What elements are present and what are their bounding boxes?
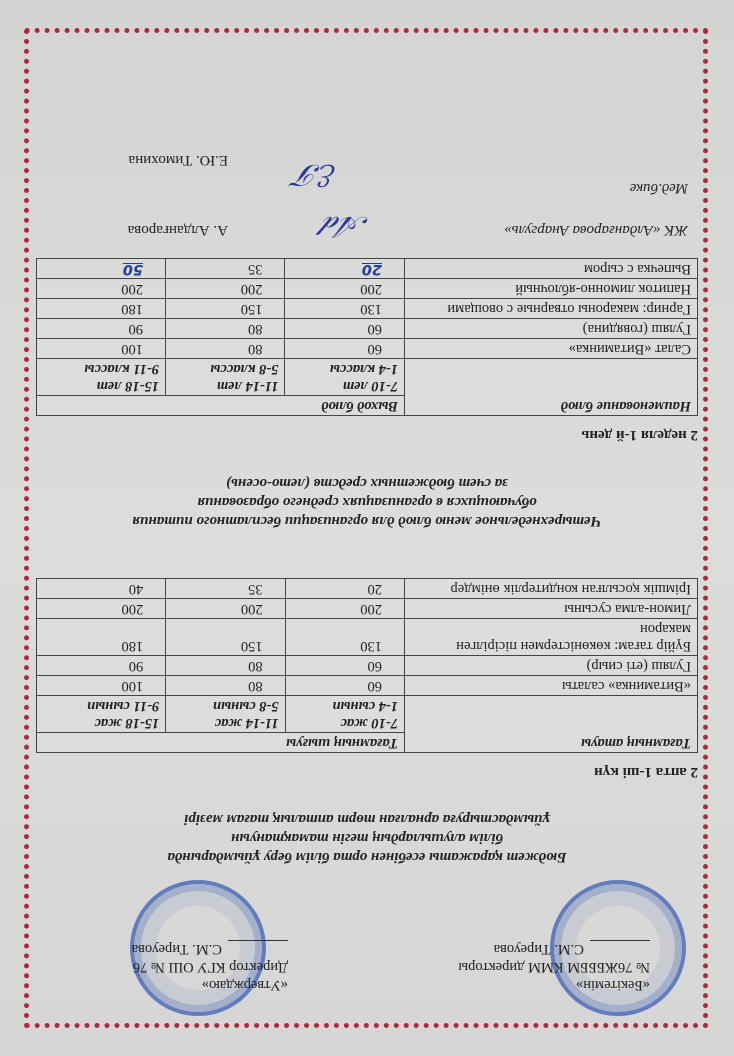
title-line: Четырехнедельное меню блюд для организац… <box>36 511 698 530</box>
dish-name: Лимон-алма сусыны <box>405 598 698 618</box>
dish-output-value: 90 <box>37 655 166 675</box>
dish-name: Гарнир: макароны отварные с овощами <box>405 299 698 319</box>
supplier-org: ЖК «Алданғарова Анаргуль» <box>504 222 688 239</box>
dish-name: «Витаминка» салаты <box>405 675 698 695</box>
approval-signature-line: С.М. Тиреуова <box>458 940 650 958</box>
dish-output-value: 60 <box>285 655 404 675</box>
approval-signature-line: С.М. Тиреуова <box>132 940 288 958</box>
approval-name: С.М. Тиреуова <box>494 941 584 957</box>
dish-output-value: 60 <box>285 319 405 339</box>
table-row: Напиток лимонно-яблочный200200200 <box>37 279 698 299</box>
dish-output-value: 200 <box>37 279 166 299</box>
table-row: Ірімшік қосылған кондитерлік өнімдер2035… <box>37 578 698 598</box>
approval-kazakh: «Бекітемін» № 76ЖБББМ КММ директоры С.М.… <box>458 940 650 994</box>
dish-output-value: 180 <box>37 299 166 319</box>
nurse-role: Мед.бике <box>630 180 688 197</box>
title-line: білім алушылардың тегін тамақтануын <box>36 829 698 848</box>
approval-name: С.М. Тиреуова <box>132 941 222 957</box>
russian-menu-table: Наименование блюд Выход блюд 7-10 лет1-4… <box>36 259 698 417</box>
kazakh-menu-title: Бюджет қаражаты есебінен орта білім беру… <box>36 810 698 866</box>
header-dish-name: Тағамның атауы <box>405 695 698 752</box>
title-line: Бюджет қаражаты есебінен орта білім беру… <box>36 847 698 866</box>
approval-label: «Утверждаю» <box>132 976 288 994</box>
dish-output-value: 100 <box>37 339 166 359</box>
dish-output-value: 80 <box>166 655 285 675</box>
dish-output-value: 60 <box>285 675 404 695</box>
approval-label: «Бекітемін» <box>458 976 650 994</box>
table-row: Лимон-алма сусыны200200200 <box>37 598 698 618</box>
dish-name: Ірімшік қосылған кондитерлік өнімдер <box>405 578 698 598</box>
approval-position: Директор КГУ ОШ № 76 <box>132 958 288 976</box>
table-row: Выпечка с сыром203550 <box>37 259 698 279</box>
title-line: ұйымдастыруға арналған төрт апталық таға… <box>36 810 698 829</box>
dish-output-value: 200 <box>37 598 166 618</box>
dish-output-value: 150 <box>166 299 286 319</box>
approval-org: № 76ЖБББМ КММ директоры <box>458 958 650 976</box>
dish-name: Гуляш (говядина) <box>405 319 698 339</box>
table-row: «Витаминка» салаты6080100 <box>37 675 698 695</box>
dish-output-value: 200 <box>166 598 285 618</box>
dish-name: Бүйір тағам: көкөністермен пісірілген ма… <box>405 618 698 655</box>
header-dish-output: Выход блюд <box>37 396 405 416</box>
header-dish-name: Наименование блюд <box>405 359 698 416</box>
dish-name: Выпечка с сыром <box>405 259 698 279</box>
table-row: Гарнир: макароны отварные с овощами13015… <box>37 299 698 319</box>
approval-russian: «Утверждаю» Директор КГУ ОШ № 76 С.М. Ти… <box>132 940 288 994</box>
header-age-group: 11-14 жас5-8 сынып <box>166 695 285 732</box>
header-age-group: 7-10 лет1-4 классы <box>285 359 405 396</box>
table-row: Гуляш (говядина)608090 <box>37 319 698 339</box>
kazakh-menu-table: Тағамның атауы Тағамның шығуы 7-10 жас1-… <box>36 578 698 753</box>
title-line: обучающихся в организациях среднего обра… <box>36 492 698 511</box>
header-age-group: 15-18 лет9-11 классы <box>37 359 166 396</box>
header-age-group: 15-18 жас9-11 сынып <box>37 695 166 732</box>
signature-icon: 𝒜𝒹 <box>324 210 368 245</box>
header-dish-output: Тағамның шығуы <box>37 732 405 752</box>
dish-output-value: 130 <box>285 299 405 319</box>
dish-output-value: 80 <box>166 319 286 339</box>
kazakh-day-header: 2 апта 1-ші күн <box>36 763 698 780</box>
approval-block: «Бекітемін» № 76ЖБББМ КММ директоры С.М.… <box>36 866 698 1016</box>
title-line: за счет бюджетных средств (лето-осень) <box>36 474 698 493</box>
header-age-group: 11-14 лет5-8 классы <box>166 359 286 396</box>
dish-output-value: 90 <box>37 319 166 339</box>
dish-name: Салат «Витаминка» <box>405 339 698 359</box>
dish-output-value: 180 <box>37 618 166 655</box>
signature-icon: ℰ𝒯 <box>297 158 338 193</box>
dish-name: Напиток лимонно-яблочный <box>405 279 698 299</box>
russian-menu-title: Четырехнедельное меню блюд для организац… <box>36 474 698 530</box>
dish-output-value: 200 <box>166 279 286 299</box>
table-row: Бүйір тағам: көкөністермен пісірілген ма… <box>37 618 698 655</box>
dish-output-value: 50 <box>37 259 166 279</box>
dish-output-value: 20 <box>285 578 404 598</box>
dish-output-value: 35 <box>166 259 286 279</box>
dish-output-value: 200 <box>285 598 404 618</box>
document-sheet: «Бекітемін» № 76ЖБББМ КММ директоры С.М.… <box>0 0 734 1056</box>
table-row: Гуляш (еті сиыр)608090 <box>37 655 698 675</box>
dish-output-value: 35 <box>166 578 285 598</box>
document-content: «Бекітемін» № 76ЖБББМ КММ директоры С.М.… <box>36 125 698 1017</box>
dish-output-value: 150 <box>166 618 285 655</box>
signatures-footer: ЖК «Алданғарова Анаргуль» 𝒜𝒹 А. Алданғар… <box>36 125 698 245</box>
table-row: Салат «Витаминка»6080100 <box>37 339 698 359</box>
header-age-group: 7-10 жас1-4 сынып <box>285 695 404 732</box>
supplier-name: А. Алданғарова <box>128 222 228 239</box>
dish-output-value: 100 <box>37 675 166 695</box>
dish-output-value: 130 <box>285 618 404 655</box>
dish-output-value: 20 <box>285 259 405 279</box>
dish-name: Гуляш (еті сиыр) <box>405 655 698 675</box>
russian-day-header: 2 неделя 1-й день <box>36 427 698 444</box>
dish-output-value: 60 <box>285 339 405 359</box>
dish-output-value: 80 <box>166 339 286 359</box>
dish-output-value: 80 <box>166 675 285 695</box>
dish-output-value: 40 <box>37 578 166 598</box>
nurse-name: Е.Ю. Тимохина <box>129 152 228 169</box>
dish-output-value: 200 <box>285 279 405 299</box>
